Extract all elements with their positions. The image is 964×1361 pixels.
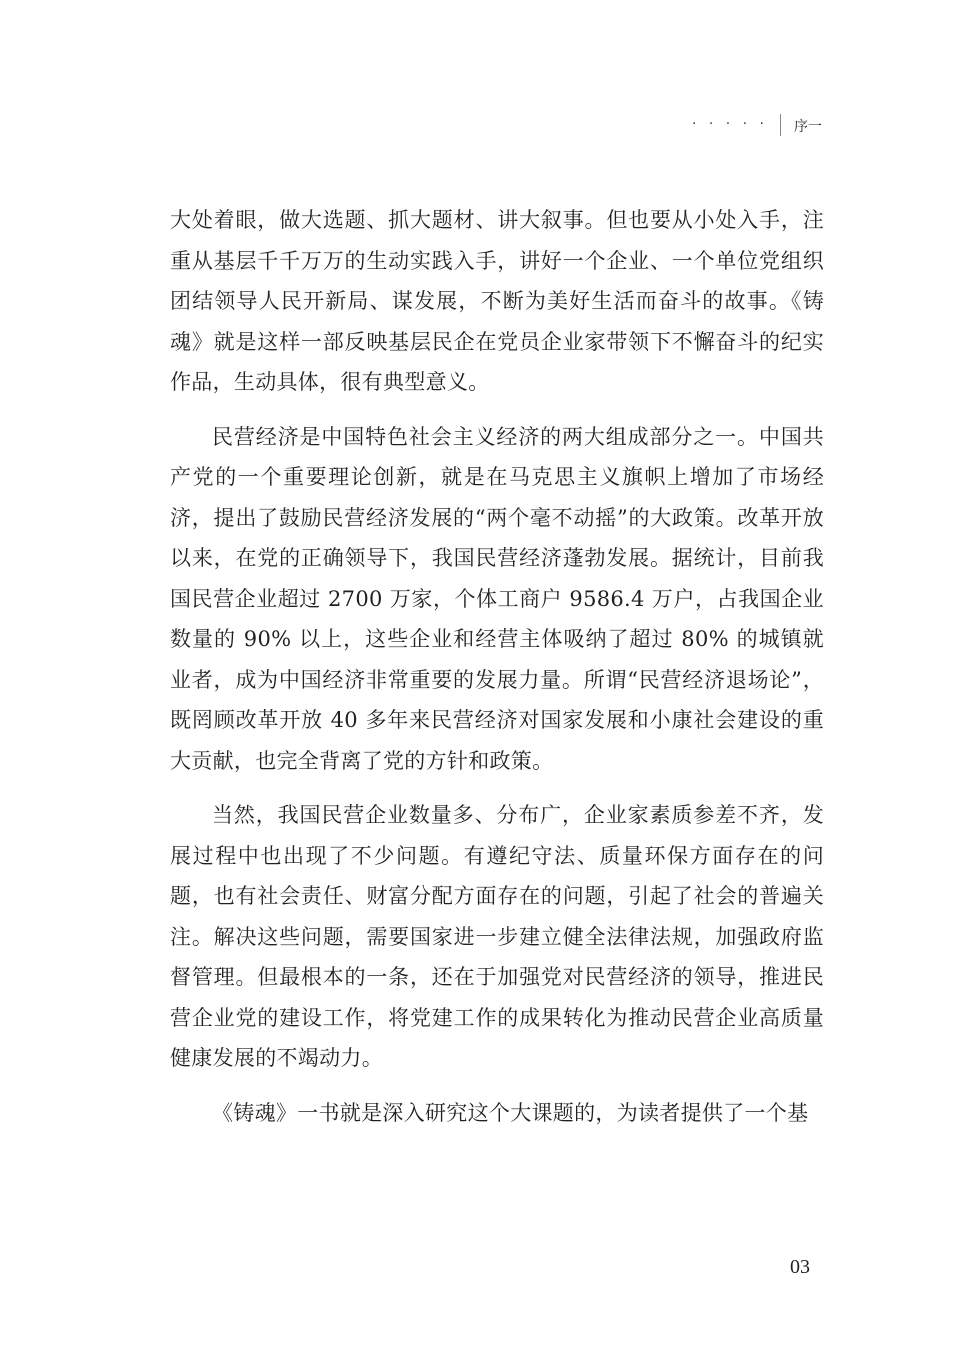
running-head-section-title: 序一 [794,116,822,136]
running-head-divider [780,114,781,136]
running-head: · · · · · 序一 [0,114,964,138]
body-text: 大处着眼，做大选题、抓大题材、讲大叙事。但也要从小处入手，注重从基层千千万万的生… [170,200,824,1147]
paragraph-3: 当然，我国民营企业数量多、分布广，企业家素质参差不齐，发展过程中也出现了不少问题… [170,795,824,1079]
running-head-dots: · · · · · [692,116,768,132]
paragraph-2: 民营经济是中国特色社会主义经济的两大组成部分之一。中国共产党的一个重要理论创新，… [170,417,824,782]
paragraph-4: 《铸魂》一书就是深入研究这个大课题的，为读者提供了一个基 [170,1093,824,1134]
paragraph-1: 大处着眼，做大选题、抓大题材、讲大叙事。但也要从小处入手，注重从基层千千万万的生… [170,200,824,403]
page-number: 03 [790,1256,810,1279]
